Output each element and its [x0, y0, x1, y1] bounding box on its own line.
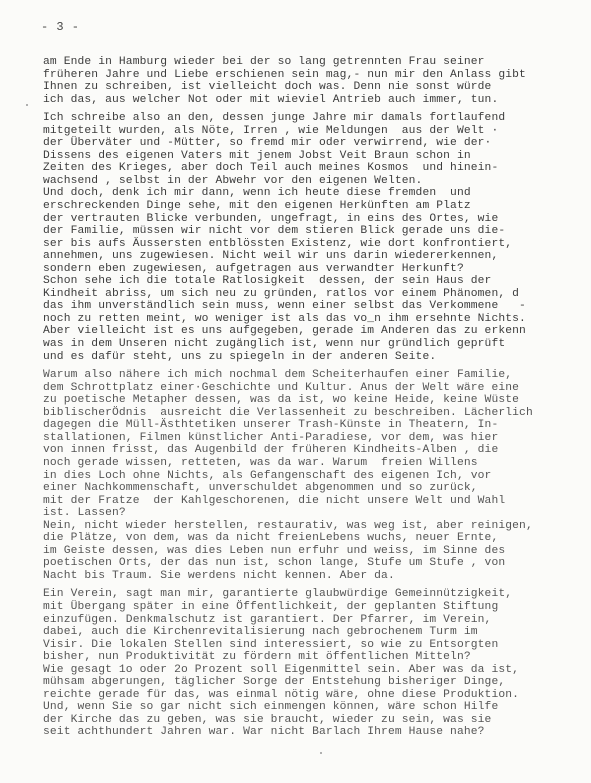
text-line: der Familie, müssen wir nicht vor dem st…	[43, 225, 588, 238]
text-line: noch zu retten meint, wo weniger ist als…	[43, 313, 588, 326]
text-line: dagegen die Müll-Ästhtetiken unserer Tra…	[43, 419, 588, 432]
text-line: das ihm unverständlich sein muss, wenn e…	[43, 300, 588, 313]
text-line: Nein, nicht wieder herstellen, restaurat…	[43, 520, 588, 533]
text-line: Aber vielleicht ist es uns aufgegeben, g…	[43, 325, 588, 338]
text-line: ser bis aufs Äussersten entblössten Exis…	[43, 238, 588, 251]
paragraph-3: Warum also nähere ich mich nochmal dem S…	[43, 369, 588, 582]
text-line: mitgeteilt wurden, als Nöte, Irren , wie…	[43, 125, 588, 138]
scan-speck	[26, 104, 28, 106]
text-line: Kindheit abriss, um sich neu zu gründen,…	[43, 288, 588, 301]
text-line: mühsam abgerungen, täglicher Sorge der E…	[43, 676, 588, 689]
text-line: Dissens des eigenen Vaters mit jenem Job…	[43, 150, 588, 163]
text-line: Ich schreibe also an den, dessen junge J…	[43, 112, 588, 125]
text-line: Ein Verein, sagt man mir, garantierte gl…	[43, 588, 588, 601]
text-line: annehmen, uns zugewiesen. Nicht weil wir…	[43, 250, 588, 263]
paragraph-4: Ein Verein, sagt man mir, garantierte gl…	[43, 588, 588, 739]
text-line: die Plätze, von dem, was da nicht freien…	[43, 532, 588, 545]
text-line: seit achthundert Jahren war. War nicht B…	[43, 726, 588, 739]
text-line: Und, wenn Sie so gar nicht sich einmenge…	[43, 701, 588, 714]
scan-speck	[320, 752, 322, 754]
text-line: ist. Lassen?	[43, 507, 588, 520]
text-line: Warum also nähere ich mich nochmal dem S…	[43, 369, 588, 382]
text-line: Schon sehe ich die totale Ratlosigkeit d…	[43, 275, 588, 288]
text-line: zu poetische Metapher dessen, was da ist…	[43, 394, 588, 407]
text-line: der Überväter und -Mütter, so fremd mir …	[43, 137, 588, 150]
text-line: von innen frisst, das Augenbild der früh…	[43, 444, 588, 457]
text-line: sondern eben zugewiesen, aufgetragen aus…	[43, 263, 588, 276]
text-line: und es dafür steht, uns zu spiegeln in d…	[43, 351, 588, 364]
text-line: wachsend , selbst in der Abwehr vor den …	[43, 175, 588, 188]
paragraph-1: am Ende in Hamburg wieder bei der so lan…	[43, 56, 588, 106]
text-line: dem Schrottplatz einer·Geschichte und Ku…	[43, 382, 588, 395]
letter-body: am Ende in Hamburg wieder bei der so lan…	[43, 56, 588, 739]
text-line: Zeiten des Krieges, aber doch Teil auch …	[43, 162, 588, 175]
text-line: in dies Loch ohne Nichts, als Gefangensc…	[43, 470, 588, 483]
text-line: bisher, nun Produktivität zu fördern mit…	[43, 651, 588, 664]
text-line: Und doch, denk ich mir dann, wenn ich he…	[43, 187, 588, 200]
text-line: dabei, auch die Kirchenrevitalisierung n…	[43, 626, 588, 639]
text-line: einer Nachkommenschaft, unverschuldet ab…	[43, 482, 588, 495]
text-line: der vertrauten Blicke verbunden, ungefra…	[43, 213, 588, 226]
text-line: was in dem Unseren nicht zugänglich ist,…	[43, 338, 588, 351]
text-line: stallationen, Filmen künstlicher Anti-Pa…	[43, 432, 588, 445]
text-line: Wie gesagt 1o oder 2o Prozent soll Eigen…	[43, 664, 588, 677]
text-line: mit Übergang später in eine Öffentlichke…	[43, 601, 588, 614]
text-line: erschreckenden Dinge sehe, mit den eigen…	[43, 200, 588, 213]
text-line: einzufügen. Denkmalschutz ist garantiert…	[43, 614, 588, 627]
text-line: reichte gerade für das, was einmal nötig…	[43, 689, 588, 702]
text-line: poetischen Orts, der das nun ist, schon …	[43, 557, 588, 570]
text-line: ich das, aus welcher Not oder mit wievie…	[43, 94, 588, 107]
text-line: biblischerÖdnis ausreicht die Verlassenh…	[43, 407, 588, 420]
text-line: noch gerade wissen, retteten, was da war…	[43, 457, 588, 470]
text-line: Nacht bis Traum. Sie werdens nicht kenne…	[43, 570, 588, 583]
text-line: mit der Fratze der Kahlgeschorenen, die …	[43, 495, 588, 508]
page-number: - 3 -	[41, 20, 80, 34]
text-line: der Kirche das zu geben, was sie braucht…	[43, 714, 588, 727]
text-line: im Geiste dessen, was dies Leben nun erf…	[43, 545, 588, 558]
text-line: früheren Jahre und Liebe erschienen sein…	[43, 69, 588, 82]
text-line: Visir. Die lokalen Stellen sind interess…	[43, 639, 588, 652]
paragraph-2: Ich schreibe also an den, dessen junge J…	[43, 112, 588, 363]
text-line: Ihnen zu schreiben, ist vielleicht doch …	[43, 81, 588, 94]
text-line: am Ende in Hamburg wieder bei der so lan…	[43, 56, 588, 69]
